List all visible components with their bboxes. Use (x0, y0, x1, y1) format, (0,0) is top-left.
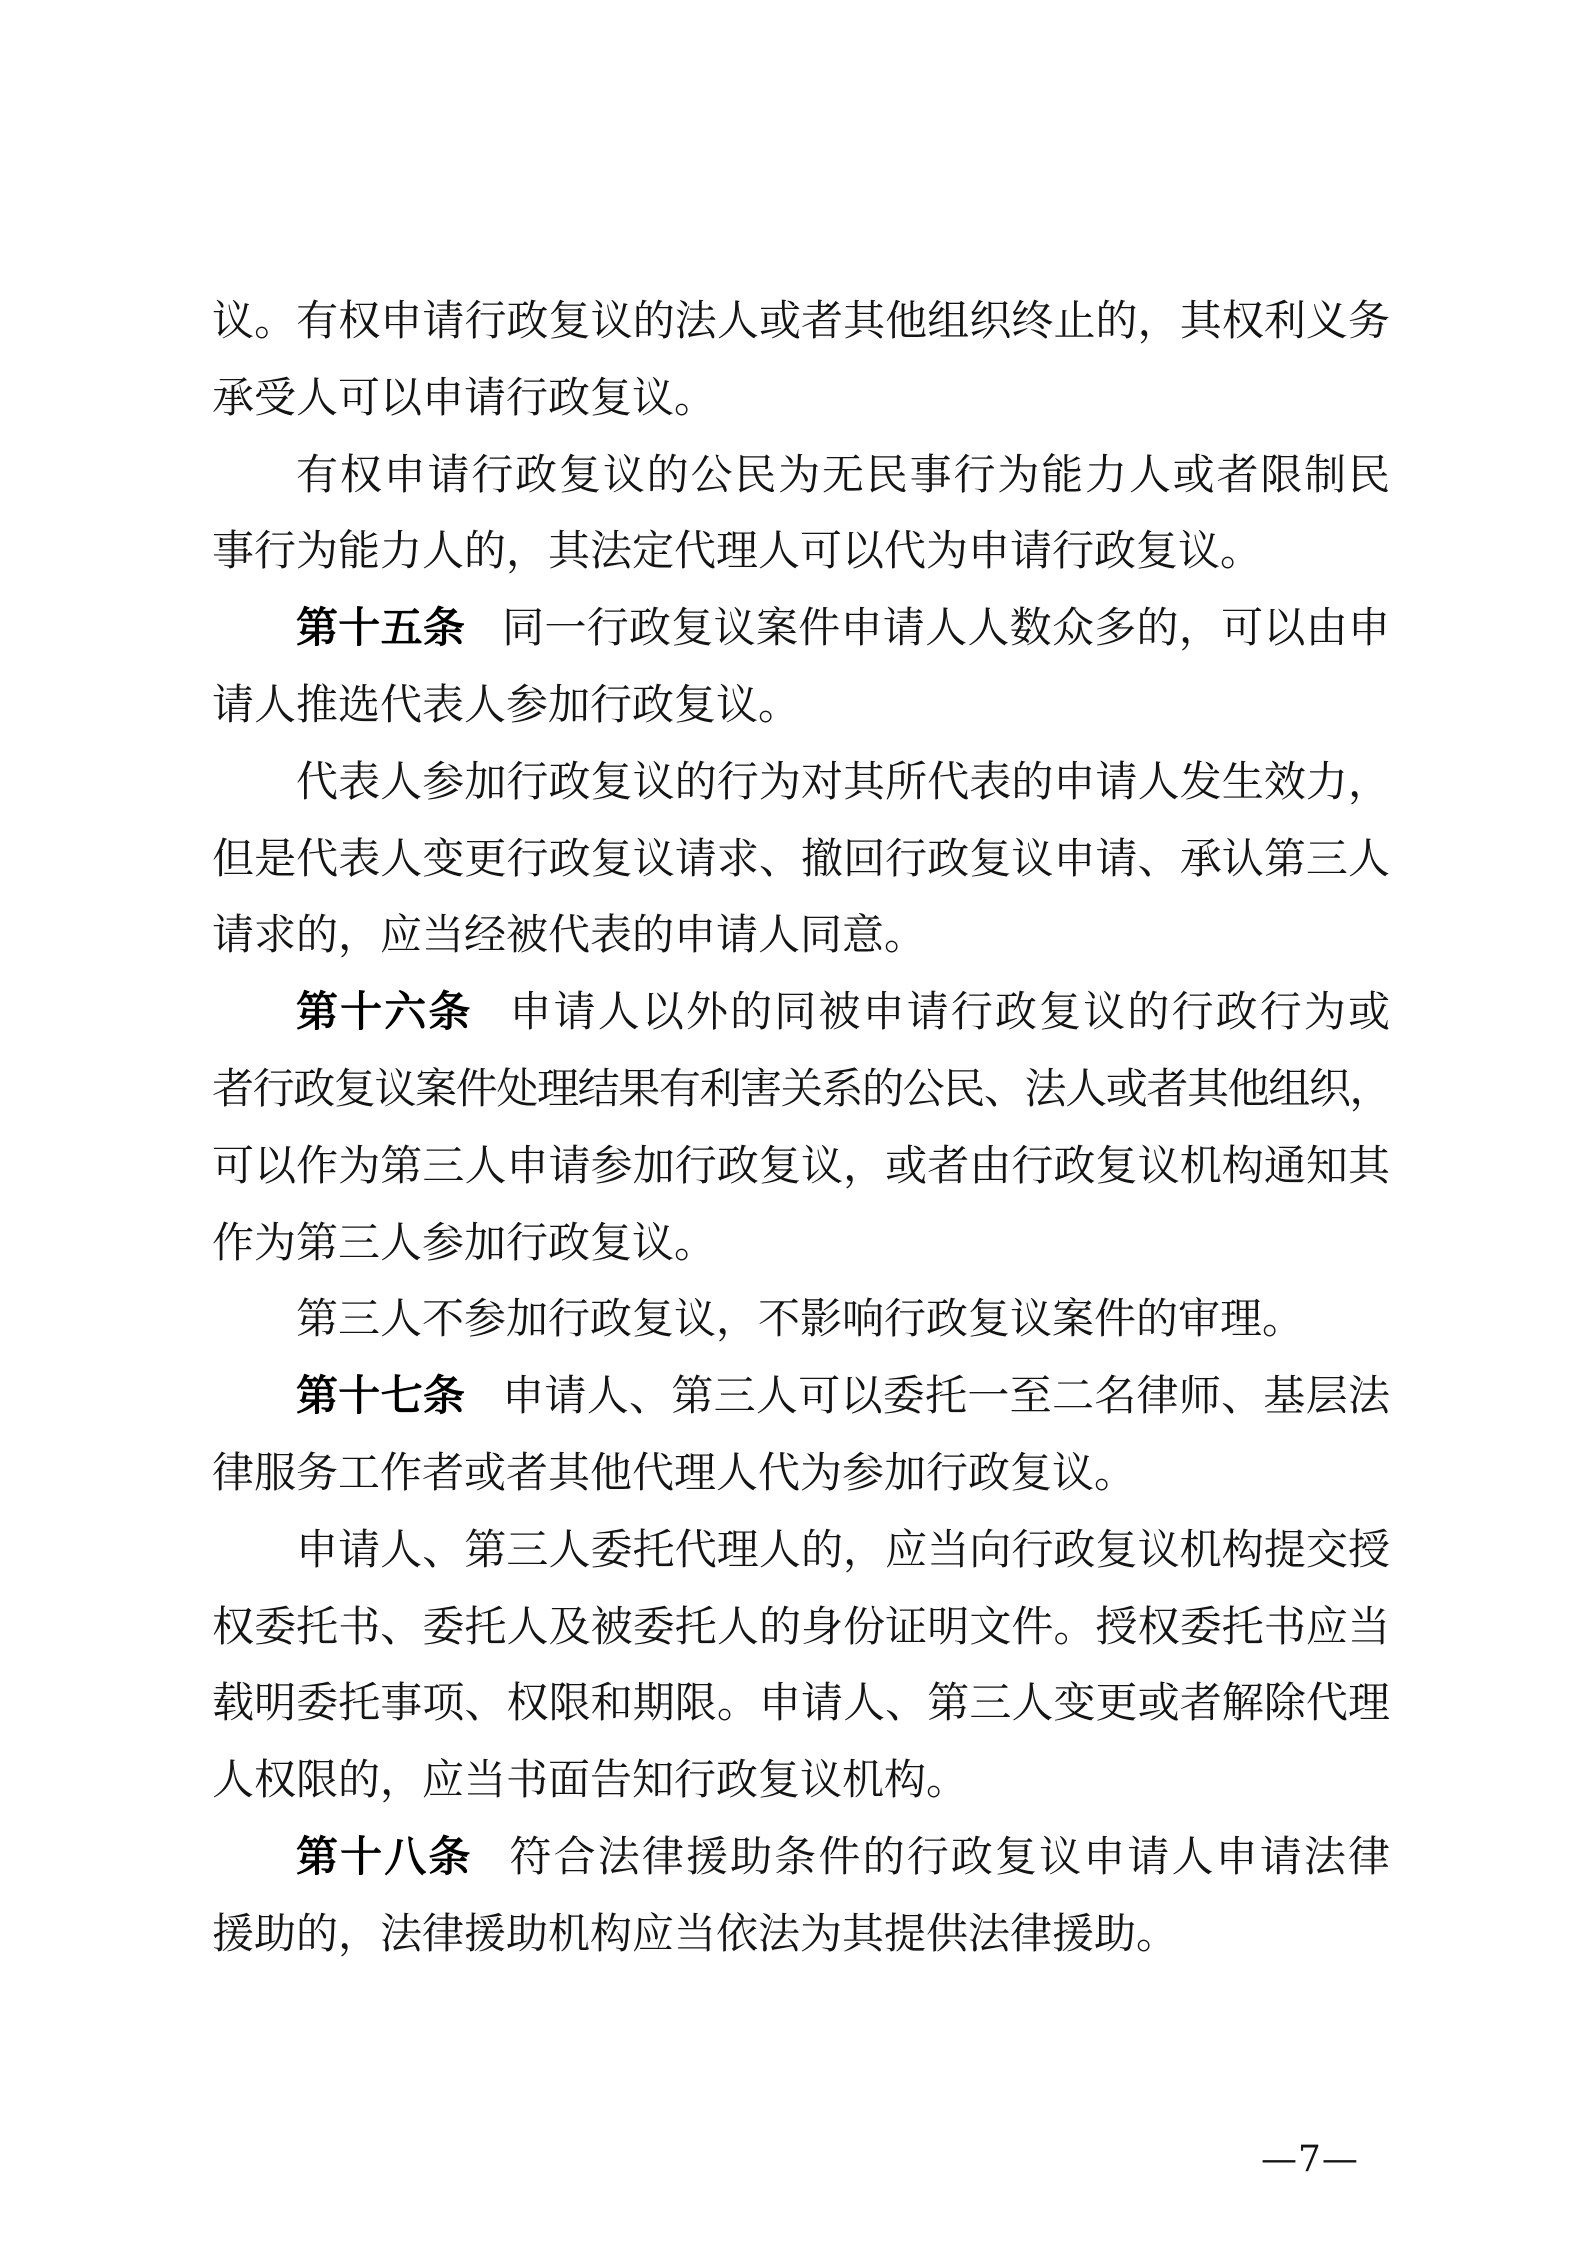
line-text: 可以作为第三人申请参加行政复议，或者由行政复议机构通知其 (212, 1141, 1390, 1190)
line-text: 符合法律援助条件的行政复议申请人申请法律 (510, 1832, 1390, 1881)
line-text: 者行政复议案件处理结果有利害关系的公民、法人或者其他组织， (212, 1064, 1390, 1113)
article-number: 第十七条 (296, 1371, 465, 1420)
article-number: 第十六条 (296, 987, 473, 1036)
text-line: 第十七条申请人、第三人可以委托一至二名律师、基层法 (212, 1358, 1390, 1435)
text-line: 者行政复议案件处理结果有利害关系的公民、法人或者其他组织， (212, 1051, 1390, 1128)
text-line: 援助的，法律援助机构应当依法为其提供法律援助。 (212, 1896, 1390, 1973)
text-block: 议。有权申请行政复议的法人或者其他组织终止的，其权利义务承受人可以申请行政复议。… (212, 283, 1390, 1973)
text-line: 律服务工作者或者其他代理人代为参加行政复议。 (212, 1435, 1390, 1512)
line-text: 有权申请行政复议的公民为无民事行为能力人或者限制民 (296, 450, 1390, 499)
text-line: 作为第三人参加行政复议。 (212, 1205, 1390, 1282)
text-line: 承受人可以申请行政复议。 (212, 360, 1390, 437)
text-line: 第十六条申请人以外的同被申请行政复议的行政行为或 (212, 974, 1390, 1051)
line-text: 但是代表人变更行政复议请求、撤回行政复议申请、承认第三人 (212, 834, 1390, 883)
text-line: 权委托书、委托人及被委托人的身份证明文件。授权委托书应当 (212, 1589, 1390, 1666)
line-text: 承受人可以申请行政复议。 (212, 373, 716, 422)
text-line: 载明委托事项、权限和期限。申请人、第三人变更或者解除代理 (212, 1665, 1390, 1742)
text-line: 事行为能力人的，其法定代理人可以代为申请行政复议。 (212, 513, 1390, 590)
line-text: 人权限的，应当书面告知行政复议机构。 (212, 1755, 968, 1804)
line-text: 申请人以外的同被申请行政复议的行政行为或 (510, 987, 1390, 1036)
text-line: 但是代表人变更行政复议请求、撤回行政复议申请、承认第三人 (212, 821, 1390, 898)
line-text: 权委托书、委托人及被委托人的身份证明文件。授权委托书应当 (212, 1602, 1390, 1651)
article-number: 第十八条 (296, 1832, 473, 1881)
line-text: 申请人、第三人委托代理人的，应当向行政复议机构提交授 (296, 1525, 1390, 1574)
text-line: 代表人参加行政复议的行为对其所代表的申请人发生效力， (212, 744, 1390, 821)
text-line: 有权申请行政复议的公民为无民事行为能力人或者限制民 (212, 437, 1390, 514)
line-text: 事行为能力人的，其法定代理人可以代为申请行政复议。 (212, 526, 1262, 575)
text-line: 第十八条符合法律援助条件的行政复议申请人申请法律 (212, 1819, 1390, 1896)
article-number: 第十五条 (296, 603, 465, 652)
line-text: 代表人参加行政复议的行为对其所代表的申请人发生效力， (296, 757, 1390, 806)
line-text: 请求的，应当经被代表的申请人同意。 (212, 910, 926, 959)
line-text: 请人推选代表人参加行政复议。 (212, 680, 800, 729)
text-line: 请求的，应当经被代表的申请人同意。 (212, 897, 1390, 974)
line-text: 载明委托事项、权限和期限。申请人、第三人变更或者解除代理 (212, 1678, 1390, 1727)
line-text: 同一行政复议案件申请人人数众多的，可以由申 (502, 603, 1390, 652)
text-line: 可以作为第三人申请参加行政复议，或者由行政复议机构通知其 (212, 1128, 1390, 1205)
line-text: 申请人、第三人可以委托一至二名律师、基层法 (502, 1371, 1390, 1420)
line-text: 议。有权申请行政复议的法人或者其他组织终止的，其权利义务 (212, 296, 1390, 345)
text-line: 议。有权申请行政复议的法人或者其他组织终止的，其权利义务 (212, 283, 1390, 360)
line-text: 援助的，法律援助机构应当依法为其提供法律援助。 (212, 1909, 1178, 1958)
text-line: 申请人、第三人委托代理人的，应当向行政复议机构提交授 (212, 1512, 1390, 1589)
page-number: —7— (1261, 2140, 1359, 2180)
text-line: 第三人不参加行政复议，不影响行政复议案件的审理。 (212, 1281, 1390, 1358)
line-text: 第三人不参加行政复议，不影响行政复议案件的审理。 (296, 1294, 1304, 1343)
text-line: 请人推选代表人参加行政复议。 (212, 667, 1390, 744)
text-line: 第十五条同一行政复议案件申请人人数众多的，可以由申 (212, 590, 1390, 667)
document-page: 议。有权申请行政复议的法人或者其他组织终止的，其权利义务承受人可以申请行政复议。… (0, 0, 1587, 2245)
text-line: 人权限的，应当书面告知行政复议机构。 (212, 1742, 1390, 1819)
line-text: 律服务工作者或者其他代理人代为参加行政复议。 (212, 1448, 1136, 1497)
line-text: 作为第三人参加行政复议。 (212, 1218, 716, 1267)
